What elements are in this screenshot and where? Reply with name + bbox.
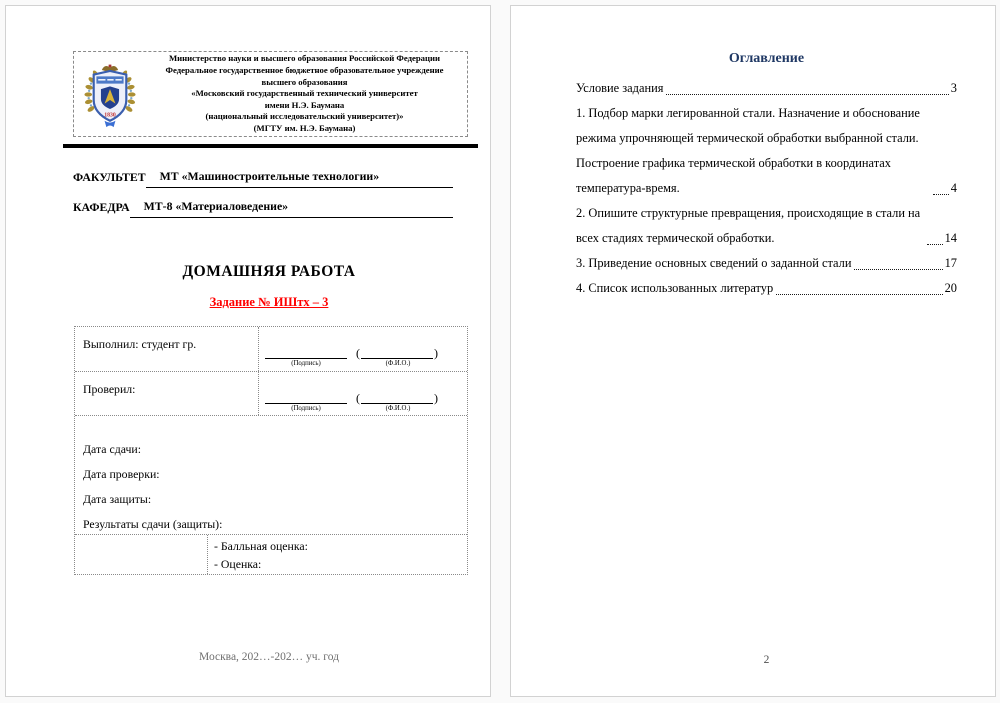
toc-entry: 3. Приведение основных сведений о заданн… bbox=[576, 251, 957, 276]
header-line: Министерство науки и высшего образования… bbox=[146, 53, 463, 65]
grade-label: - Оценка: bbox=[214, 555, 461, 573]
score-cell: - Балльная оценка: - Оценка: bbox=[208, 535, 467, 574]
header-line: (МГТУ им. Н.Э. Баумана) bbox=[146, 123, 463, 135]
header-line: имени Н.Э. Баумана bbox=[146, 100, 463, 112]
toc-heading: Оглавление bbox=[576, 51, 957, 67]
faculty-row: ФАКУЛЬТЕТ МТ «Машиностроительные техноло… bbox=[73, 169, 453, 188]
toc-entry: Условие задания 3 bbox=[576, 76, 957, 101]
toc-entry-text: 4. Список использованных литератур bbox=[576, 276, 773, 301]
performed-by-label: Выполнил: студент гр. bbox=[75, 327, 259, 371]
fio-caption: (Ф.И.О.) bbox=[355, 405, 441, 412]
faculty-value: МТ «Машиностроительные технологии» bbox=[146, 169, 453, 188]
signature-block: ( ) (Подпись) (Ф.И.О.) bbox=[265, 345, 467, 367]
date-defended-label: Дата защиты: bbox=[83, 487, 459, 512]
paren-close: ) bbox=[433, 392, 439, 404]
toc-page-number: 3 bbox=[951, 76, 957, 101]
signature-caption: (Подпись) bbox=[265, 360, 347, 367]
dot-leader bbox=[927, 244, 943, 245]
toc-page-number: 14 bbox=[945, 226, 957, 251]
signature-cell: ( ) (Подпись) (Ф.И.О.) bbox=[259, 327, 467, 371]
svg-text:1830: 1830 bbox=[104, 112, 116, 118]
document-title: ДОМАШНЯЯ РАБОТА bbox=[73, 263, 465, 281]
signature-block: ( ) (Подпись) (Ф.И.О.) bbox=[265, 390, 467, 412]
fio-line bbox=[361, 347, 433, 359]
toc-page-number: 4 bbox=[951, 176, 957, 201]
table-row: Выполнил: студент гр. ( ) (Подпись) (Ф.И… bbox=[75, 327, 467, 372]
toc-entry: 2. Опишите структурные превращения, прои… bbox=[576, 201, 957, 251]
dot-leader bbox=[666, 94, 948, 95]
page-number: 2 bbox=[576, 654, 957, 666]
paren-close: ) bbox=[433, 347, 439, 359]
submission-form-table: Выполнил: студент гр. ( ) (Подпись) (Ф.И… bbox=[74, 326, 468, 575]
toc-entry-text: 3. Приведение основных сведений о заданн… bbox=[576, 251, 851, 276]
signature-caption: (Подпись) bbox=[265, 405, 347, 412]
table-row: Проверил: ( ) (Подпись) (Ф.И.О.) bbox=[75, 372, 467, 416]
dot-leader bbox=[933, 194, 949, 195]
city-year-footer: Москва, 202…-202… уч. год bbox=[73, 651, 465, 663]
fio-line bbox=[361, 392, 433, 404]
university-header-text: Министерство науки и высшего образования… bbox=[146, 53, 467, 134]
toc-entry: 1. Подбор марки легированной стали. Назн… bbox=[576, 101, 957, 201]
title-page: 1830 Министерство науки и высшего образо… bbox=[5, 5, 491, 697]
department-label: КАФЕДРА bbox=[73, 200, 130, 218]
toc-entry-text: 1. Подбор марки легированной стали. Назн… bbox=[576, 101, 930, 201]
dot-leader bbox=[776, 294, 942, 295]
university-emblem-logo: 1830 bbox=[74, 60, 146, 129]
empty-cell bbox=[75, 535, 208, 574]
department-row: КАФЕДРА МТ-8 «Материаловедение» bbox=[73, 199, 453, 218]
assignment-number: Задание № ИШтх – 3 bbox=[73, 295, 465, 310]
header-line: (национальный исследовательский универси… bbox=[146, 111, 463, 123]
header-line: высшего образования bbox=[146, 77, 463, 89]
toc-list: Условие задания 3 1. Подбор марки легиро… bbox=[576, 76, 957, 301]
header-line: Федеральное государственное бюджетное об… bbox=[146, 65, 463, 77]
toc-page-number: 20 bbox=[945, 276, 957, 301]
toc-entry-text: 2. Опишите структурные превращения, прои… bbox=[576, 201, 924, 251]
signature-cell: ( ) (Подпись) (Ф.И.О.) bbox=[259, 372, 467, 415]
toc-entry-text: Условие задания bbox=[576, 76, 663, 101]
table-row: - Балльная оценка: - Оценка: bbox=[75, 535, 467, 574]
results-label: Результаты сдачи (защиты): bbox=[83, 512, 459, 537]
contents-page: Оглавление Условие задания 3 1. Подбор м… bbox=[510, 5, 996, 697]
signature-line bbox=[265, 392, 347, 404]
toc-content: Оглавление Условие задания 3 1. Подбор м… bbox=[576, 51, 957, 301]
dates-section: Дата сдачи: Дата проверки: Дата защиты: … bbox=[75, 416, 467, 535]
university-header-box: 1830 Министерство науки и высшего образо… bbox=[73, 51, 468, 137]
checked-by-label: Проверил: bbox=[75, 372, 259, 415]
fio-caption: (Ф.И.О.) bbox=[355, 360, 441, 367]
date-checked-label: Дата проверки: bbox=[83, 462, 459, 487]
date-submitted-label: Дата сдачи: bbox=[83, 437, 459, 462]
faculty-label: ФАКУЛЬТЕТ bbox=[73, 170, 146, 188]
point-score-label: - Балльная оценка: bbox=[214, 537, 461, 555]
double-rule-divider bbox=[63, 144, 478, 148]
bmstu-crest-icon: 1830 bbox=[81, 60, 139, 129]
signature-line bbox=[265, 347, 347, 359]
header-line: «Московский государственный технический … bbox=[146, 88, 463, 100]
dot-leader bbox=[854, 269, 942, 270]
toc-page-number: 17 bbox=[945, 251, 957, 276]
toc-entry: 4. Список использованных литератур 20 bbox=[576, 276, 957, 301]
department-value: МТ-8 «Материаловедение» bbox=[130, 199, 453, 218]
